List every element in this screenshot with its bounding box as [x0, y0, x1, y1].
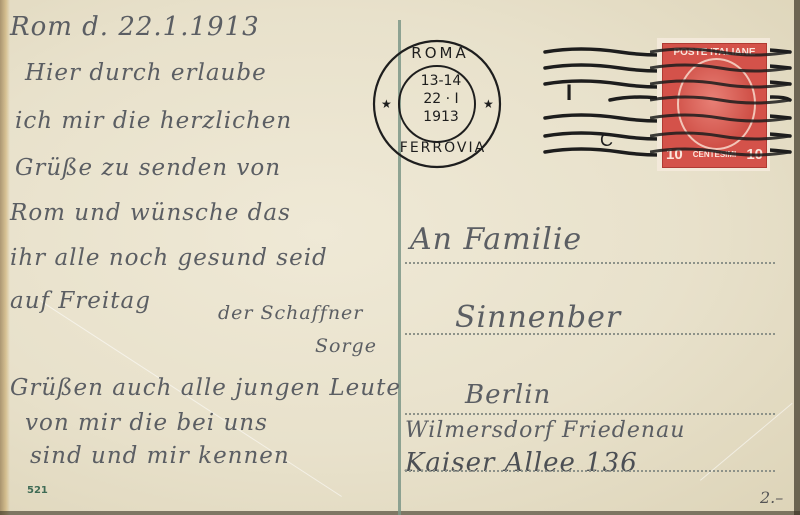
address-dotted-line	[405, 333, 775, 335]
message-line: Rom und wünsche das	[10, 200, 291, 226]
message-line: Sorge	[315, 335, 377, 357]
printer-number: 521	[27, 485, 48, 496]
message-line: Grüßen auch alle jungen Leute	[10, 375, 401, 401]
address-line-street: Kaiser Allee 136	[405, 448, 638, 478]
message-line-dateline: Rom d. 22.1.1913	[10, 12, 260, 42]
address-line-city: Berlin	[465, 380, 551, 410]
cancellation-mark: I	[566, 80, 572, 106]
message-line: Grüße zu senden von	[15, 155, 281, 181]
cancellation-mark: C	[600, 130, 613, 151]
card-edge-stain	[0, 0, 10, 515]
message-line: ich mir die herzlichen	[15, 108, 292, 134]
postmark-time: 13-14	[411, 72, 471, 90]
address-dotted-line	[405, 262, 775, 264]
message-line: Hier durch erlaube	[25, 60, 267, 86]
message-line: sind und mir kennen	[30, 443, 290, 469]
postmark-city: ROMA	[410, 44, 470, 62]
address-line-district: Wilmersdorf Friedenau	[405, 418, 685, 443]
message-line: auf Freitag	[10, 288, 151, 314]
message-line: der Schaffner	[218, 302, 363, 324]
svg-text:★: ★	[483, 97, 494, 111]
address-dotted-line	[405, 413, 775, 415]
postmark-year: 1913	[411, 108, 471, 126]
address-dotted-line	[405, 470, 775, 472]
postmark-date-block: 13-14 22 · I 1913	[411, 72, 471, 126]
stamp-cancellation-icon	[650, 44, 790, 164]
message-line: von mir die bei uns	[25, 410, 268, 436]
message-line: ihr alle noch gesund seid	[10, 245, 328, 271]
address-line-recipient: An Familie	[410, 222, 582, 257]
postmark-date: 22 · I	[411, 90, 471, 108]
price-mark: 2.–	[760, 488, 783, 507]
svg-text:★: ★	[381, 97, 392, 111]
postcard-back: Rom d. 22.1.1913 Hier durch erlaube ich …	[0, 0, 800, 515]
postmark-office: FERROVIA	[393, 140, 493, 156]
address-line-name: Sinnenber	[455, 300, 621, 335]
